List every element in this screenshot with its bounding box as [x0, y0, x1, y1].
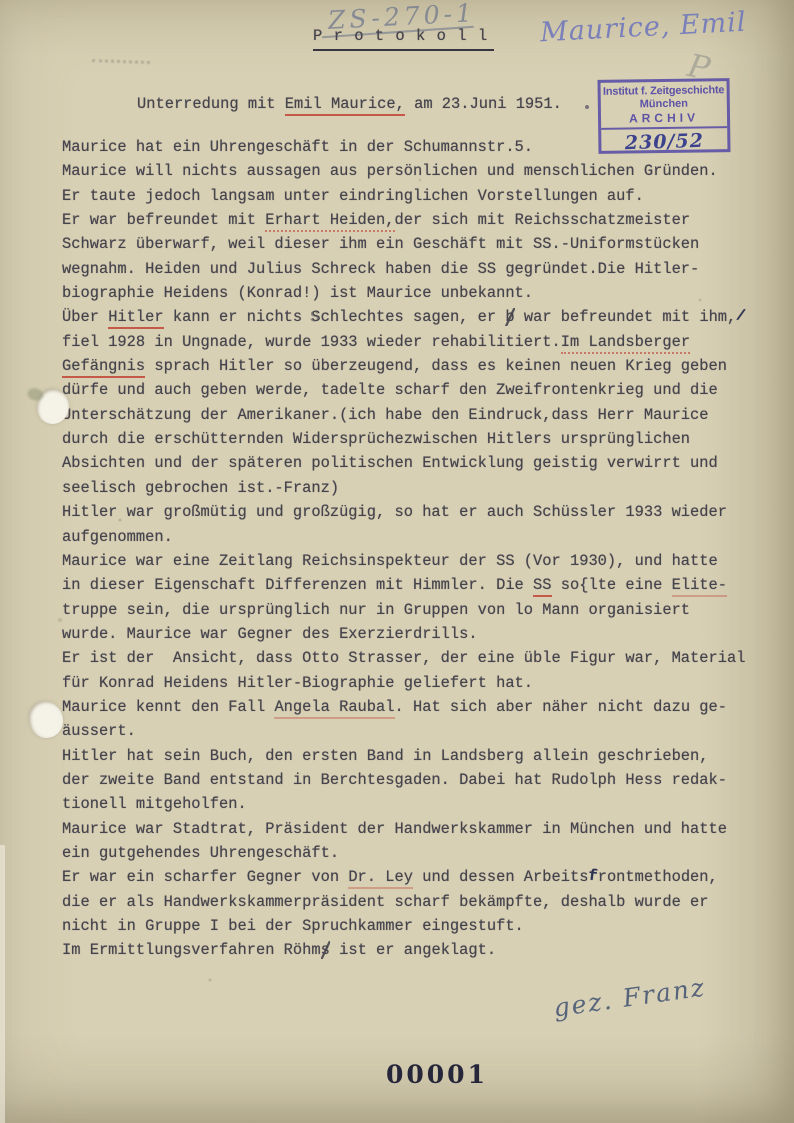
body-line: für Konrad Heidens Hitler-Biographie gel… [62, 671, 746, 695]
typewritten-text: fiel 1928 in Ungnade, wurde 1933 wieder … [62, 333, 561, 351]
typewritten-text: ein gutgehendes Uhrengeschäft. [62, 844, 339, 862]
typewritten-text: nicht in Gruppe I bei der Spruchkammer e… [62, 917, 524, 935]
punch-hole-bottom [27, 699, 66, 740]
body-line: Hitler hat sein Buch, den ersten Band in… [62, 744, 746, 768]
body-line: Im Ermittlungsverfahren Röhms ist er ang… [62, 938, 746, 962]
typewritten-text: Maurice hat ein Uhrengeschäft in der Sch… [62, 138, 533, 156]
typewritten-text: Absichten und der späteren politischen E… [62, 454, 718, 472]
body-line: ein gutgehendes Uhrengeschäft. [62, 841, 746, 865]
body-line: in dieser Eigenschaft Differenzen mit Hi… [62, 573, 746, 597]
red-underlined-text: Gefängnis [62, 357, 145, 378]
typewritten-text: Er war ein scharfer Gegner von [62, 868, 348, 886]
body-line: Unterschätzung der Amerikaner.(ich habe … [62, 403, 746, 427]
typewritten-text: dürfe und auch geben werde, tadelte scha… [62, 381, 718, 399]
typewritten-text: . Hat sich aber näher nicht dazu ge- [395, 698, 728, 716]
heading-subject-underlined: Emil Maurice, [285, 95, 405, 116]
body-line: Er taute jedoch langsam unter eindringli… [62, 184, 746, 208]
body-line: Gefängnis sprach Hitler so überzeugend, … [62, 354, 746, 378]
typewritten-text: Er war befreundet mit [62, 211, 265, 229]
red-underlined-text: Im Landsberger [561, 333, 690, 354]
body-line: Maurice kennt den Fall Angela Raubal. Ha… [62, 695, 746, 719]
body-line: Er war befreundet mit Erhart Heiden,der … [62, 208, 746, 232]
typewritten-text: Im Ermittlungsverfahren Röhm [62, 941, 321, 959]
typewritten-text: war befreundet mit ihm, [515, 308, 737, 326]
red-underlined-text: Erhart Heiden, [265, 211, 394, 232]
signature-handwritten: gez. Franz [552, 972, 708, 1022]
body-line: Absichten und der späteren politischen E… [62, 451, 746, 475]
body-line: aufgenommen. [62, 525, 746, 549]
body-line: Maurice hat ein Uhrengeschäft in der Sch… [62, 135, 746, 159]
typewritten-text: in dieser Eigenschaft Differenzen mit Hi… [62, 576, 533, 594]
heading-prefix: Unterredung mit [137, 95, 285, 113]
stamp-archiv-label: ARCHIV [601, 110, 727, 126]
typewritten-text: Maurice kennt den Fall [62, 698, 274, 716]
typewritten-text: der sich mit Reichsschatzmeister [395, 211, 691, 229]
body-line: seelisch gebrochen ist.-Franz) [62, 476, 746, 500]
document-heading: Unterredung mit Emil Maurice, am 23.Juni… [137, 95, 562, 113]
red-underlined-text: Dr. Ley [348, 868, 413, 889]
typewritten-text: Hitler hat sein Buch, den ersten Band in… [62, 747, 709, 765]
struck-character: s [321, 941, 330, 959]
typewritten-text: Er ist der Ansicht, dass Otto Strasser, … [62, 649, 745, 667]
typewritten-text: durch die erschütternden Widersprüchezwi… [62, 430, 690, 448]
heading-suffix: am 23.Juni 1951. [405, 95, 562, 113]
typewritten-text: äussert. [62, 722, 136, 740]
typewritten-text: Hitler war großmütig und großzügig, so h… [62, 503, 727, 521]
body-line: dürfe und auch geben werde, tadelte scha… [62, 378, 746, 402]
typewritten-text: rontmethoden, [598, 868, 718, 886]
typewritten-text: die er als Handwerkskammerpräsident scha… [62, 893, 709, 911]
body-line: der zweite Band entstand in Berchtesgade… [62, 768, 746, 792]
body-line: Schwarz überwarf, weil dieser ihm ein Ge… [62, 232, 746, 256]
red-underlined-text: Elite- [672, 576, 727, 597]
typewritten-text: wurde. Maurice war Gegner des Exerzierdr… [62, 625, 478, 643]
body-line: Hitler war großmütig und großzügig, so h… [62, 500, 746, 524]
body-line: Maurice will nichts aussagen aus persönl… [62, 159, 746, 183]
body-line: Maurice war Stadtrat, Präsident der Hand… [62, 817, 746, 841]
typewritten-text: Schwarz überwarf, weil dieser ihm ein Ge… [62, 235, 699, 253]
filing-note-handwritten: Maurice, Emil [539, 7, 747, 49]
body-line: fiel 1928 in Ungnade, wurde 1933 wieder … [62, 330, 746, 354]
typewritten-text: aufgenommen. [62, 528, 173, 546]
typewritten-text: der zweite Band entstand in Berchtesgade… [62, 771, 727, 789]
typewritten-text: und dessen Arbeits [413, 868, 588, 886]
paper-edge-highlight [0, 845, 5, 1123]
document-page: ZS-270-1 P r o t o k o l l Maurice, Emil… [0, 0, 794, 1123]
typewritten-text: Maurice war eine Zeitlang Reichsinspekte… [62, 552, 718, 570]
page-number: 00001 [386, 1060, 488, 1089]
typewritten-text: Maurice war Stadtrat, Präsident der Hand… [62, 820, 727, 838]
typewritten-text: sprach Hitler so überzeugend, dass es ke… [145, 357, 727, 375]
body-line: die er als Handwerkskammerpräsident scha… [62, 890, 746, 914]
red-underlined-text: Angela Raubal [274, 698, 394, 719]
typewritten-text: Unterschätzung der Amerikaner.(ich habe … [62, 406, 709, 424]
ink-dot [585, 105, 589, 109]
body-line: Er ist der Ansicht, dass Otto Strasser, … [62, 646, 746, 670]
body-line: durch die erschütternden Widersprüchezwi… [62, 427, 746, 451]
document-title: P r o t o k o l l [313, 27, 494, 51]
red-underlined-text: SS [533, 576, 551, 597]
smudge-mark [92, 59, 150, 64]
typewritten-text: chlechtes sagen, er [321, 308, 506, 326]
typewritten-text: tionell mitgeholfen. [62, 795, 247, 813]
body-line: Maurice war eine Zeitlang Reichsinspekte… [62, 549, 746, 573]
body-line: Über Hitler kann er nichts Schlechtes sa… [62, 305, 746, 329]
typewritten-text: Über [62, 308, 108, 326]
body-line: wurde. Maurice war Gegner des Exerzierdr… [62, 622, 746, 646]
typewritten-text: truppe sein, die ursprünglich nur in Gru… [62, 601, 690, 619]
typewritten-text: ist er angeklagt. [330, 941, 496, 959]
typewritten-text: kann er nichts [164, 308, 312, 326]
body-line: tionell mitgeholfen. [62, 792, 746, 816]
pen-insertion: / [735, 304, 747, 329]
body-line: äussert. [62, 719, 746, 743]
document-body: Maurice hat ein Uhrengeschäft in der Sch… [62, 135, 746, 963]
typewritten-text: wegnahm. Heiden und Julius Schreck haben… [62, 260, 699, 278]
typewritten-text: Maurice will nichts aussagen aus persönl… [62, 162, 718, 180]
red-underlined-text: Hitler [108, 308, 163, 329]
struck-character: b [505, 308, 514, 326]
typewritten-text: seelisch gebrochen ist.-Franz) [62, 479, 339, 497]
typewritten-text: Er taute jedoch langsam unter eindringli… [62, 187, 644, 205]
body-line: Er war ein scharfer Gegner von Dr. Ley u… [62, 865, 746, 889]
body-line: nicht in Gruppe I bei der Spruchkammer e… [62, 914, 746, 938]
body-line: biographie Heidens (Konrad!) ist Maurice… [62, 281, 746, 305]
typewritten-text: biographie Heidens (Konrad!) ist Maurice… [62, 284, 533, 302]
typewritten-text: S [311, 308, 320, 326]
body-line: wegnahm. Heiden und Julius Schreck haben… [62, 257, 746, 281]
typewritten-text: so{lte eine [552, 576, 672, 594]
stamp-institution-line1: Institut f. Zeitgeschichte [601, 84, 727, 99]
typewritten-text: für Konrad Heidens Hitler-Biographie gel… [62, 674, 533, 692]
body-line: truppe sein, die ursprünglich nur in Gru… [62, 598, 746, 622]
